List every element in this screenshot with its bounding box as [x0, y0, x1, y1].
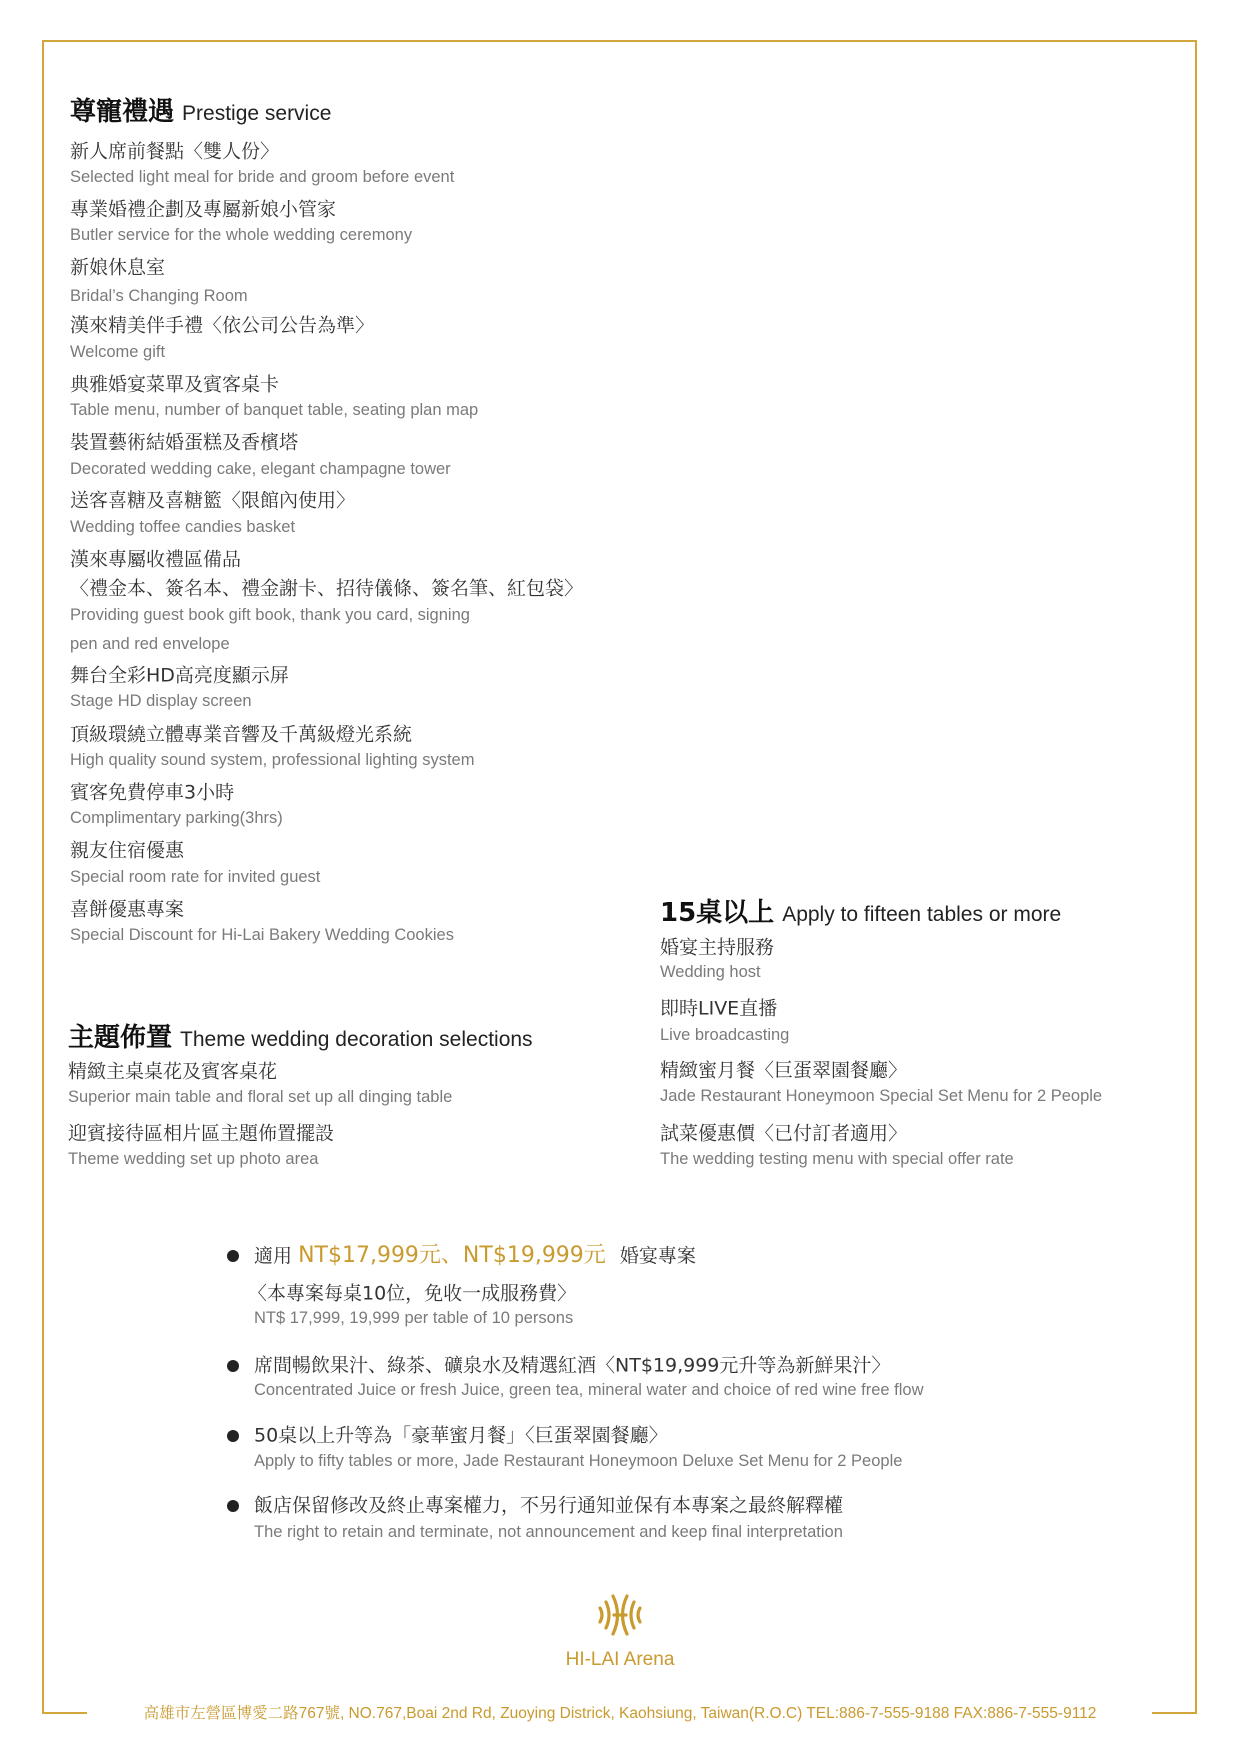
prestige-item-zh: 新人席前餐點〈雙人份〉	[70, 143, 279, 162]
bullet-dot-icon	[227, 1500, 239, 1512]
bullet-en: NT$ 17,999, 19,999 per table of 10 perso…	[254, 1310, 573, 1327]
prestige-item-en: Welcome gift	[70, 344, 165, 361]
bullet-zh: 席間暢飲果汁、綠茶、礦泉水及精選紅酒〈NT$19,999元升等為新鮮果汁〉	[254, 1357, 890, 1376]
prestige-item-en: Complimentary parking(3hrs)	[70, 810, 283, 827]
prestige-item-zh-detail: 〈禮金本、簽名本、禮金謝卡、招待儀條、簽名筆、紅包袋〉	[70, 580, 583, 599]
theme-item-zh: 迎賓接待區相片區主題佈置擺設	[68, 1125, 334, 1144]
prestige-item-zh: 舞台全彩HD高亮度顯示屏	[70, 667, 289, 686]
bullet-suffix: 婚宴專案	[620, 1245, 696, 1267]
prestige-item-en: Bridal’s Changing Room	[70, 288, 248, 305]
prestige-item-en: Providing guest book gift book, thank yo…	[70, 607, 470, 624]
prestige-heading-zh: 尊寵禮遇	[70, 97, 174, 127]
prestige-item-en: Table menu, number of banquet table, sea…	[70, 402, 478, 419]
fifteen-heading-en: Apply to fifteen tables or more	[782, 903, 1061, 926]
prestige-item-zh: 賓客免費停車3小時	[70, 784, 234, 803]
bullet-dot-icon	[227, 1250, 239, 1262]
prestige-item-en: Special room rate for invited guest	[70, 869, 320, 886]
fifteen-item-en: Live broadcasting	[660, 1027, 789, 1044]
theme-heading: 主題佈置Theme wedding decoration selections	[68, 1025, 533, 1051]
prestige-item-en: High quality sound system, professional …	[70, 752, 474, 769]
bullet-zh-detail: 〈本專案每桌10位，免收一成服務費〉	[248, 1285, 576, 1304]
prestige-item-zh: 新娘休息室	[70, 259, 165, 278]
fifteen-item-zh: 婚宴主持服務	[660, 939, 774, 958]
fifteen-heading-zh: 15桌以上	[660, 898, 774, 928]
prestige-item-zh: 喜餅優惠專案	[70, 901, 184, 920]
bullet-en: Concentrated Juice or fresh Juice, green…	[254, 1382, 924, 1399]
prestige-item-zh: 典雅婚宴菜單及賓客桌卡	[70, 376, 279, 395]
theme-item-en: Theme wedding set up photo area	[68, 1151, 318, 1168]
prestige-item-zh: 頂級環繞立體專業音響及千萬級燈光系統	[70, 726, 412, 745]
bullet-zh: 50桌以上升等為「豪華蜜月餐」〈巨蛋翠園餐廳〉	[254, 1427, 668, 1446]
bullet-zh: 飯店保留修改及終止專案權力，不另行通知並保有本專案之最終解釋權	[254, 1497, 843, 1516]
prestige-item-en: Special Discount for Hi-Lai Bakery Weddi…	[70, 927, 454, 944]
prestige-item-zh: 裝置藝術結婚蛋糕及香檳塔	[70, 434, 298, 453]
prestige-item-en: Selected light meal for bride and groom …	[70, 169, 454, 186]
prestige-item-zh: 專業婚禮企劃及專屬新娘小管家	[70, 201, 336, 220]
theme-heading-zh: 主題佈置	[68, 1023, 172, 1053]
prestige-item-zh: 漢來專屬收禮區備品	[70, 551, 241, 570]
prestige-heading-en: Prestige service	[182, 102, 331, 125]
prestige-item-en: Stage HD display screen	[70, 693, 252, 710]
fifteen-item-en: Wedding host	[660, 964, 761, 981]
bullet-price-line: 適用 NT$17,999元、NT$19,999元 婚宴專案	[254, 1245, 696, 1267]
fifteen-item-zh: 精緻蜜月餐〈巨蛋翠園餐廳〉	[660, 1062, 907, 1081]
prestige-item-en: Butler service for the whole wedding cer…	[70, 227, 412, 244]
fifteen-heading: 15桌以上Apply to fifteen tables or more	[660, 900, 1061, 926]
theme-item-en: Superior main table and floral set up al…	[68, 1089, 452, 1106]
bullet-dot-icon	[227, 1360, 239, 1372]
hi-lai-logo-icon	[596, 1592, 644, 1638]
fifteen-item-zh: 試菜優惠價〈已付訂者適用〉	[660, 1125, 907, 1144]
prestige-item-zh: 送客喜糖及喜糖籃〈限館內使用〉	[70, 492, 355, 511]
prestige-heading: 尊寵禮遇Prestige service	[70, 99, 331, 125]
brand-name: HI-LAI Arena	[0, 1649, 1240, 1671]
prestige-item-en: Wedding toffee candies basket	[70, 519, 295, 536]
fifteen-item-en: The wedding testing menu with special of…	[660, 1151, 1014, 1168]
prestige-item-zh: 漢來精美伴手禮〈依公司公告為準〉	[70, 317, 374, 336]
prestige-item-en-cont: pen and red envelope	[70, 636, 230, 653]
bullet-en: The right to retain and terminate, not a…	[254, 1524, 843, 1541]
fifteen-item-en: Jade Restaurant Honeymoon Special Set Me…	[660, 1088, 1102, 1105]
fifteen-item-zh: 即時LIVE直播	[660, 1000, 777, 1019]
prestige-item-en: Decorated wedding cake, elegant champagn…	[70, 461, 451, 478]
bullet-dot-icon	[227, 1430, 239, 1442]
theme-item-zh: 精緻主桌桌花及賓客桌花	[68, 1063, 277, 1082]
theme-heading-en: Theme wedding decoration selections	[180, 1028, 533, 1051]
bullet-en: Apply to fifty tables or more, Jade Rest…	[254, 1453, 902, 1470]
price-highlight: NT$17,999元、NT$19,999元	[298, 1243, 606, 1268]
bullet-prefix: 適用	[254, 1245, 292, 1267]
footer-address: 高雄市左營區博愛二路767號, NO.767,Boai 2nd Rd, Zuoy…	[0, 1701, 1240, 1723]
prestige-item-zh: 親友住宿優惠	[70, 842, 184, 861]
